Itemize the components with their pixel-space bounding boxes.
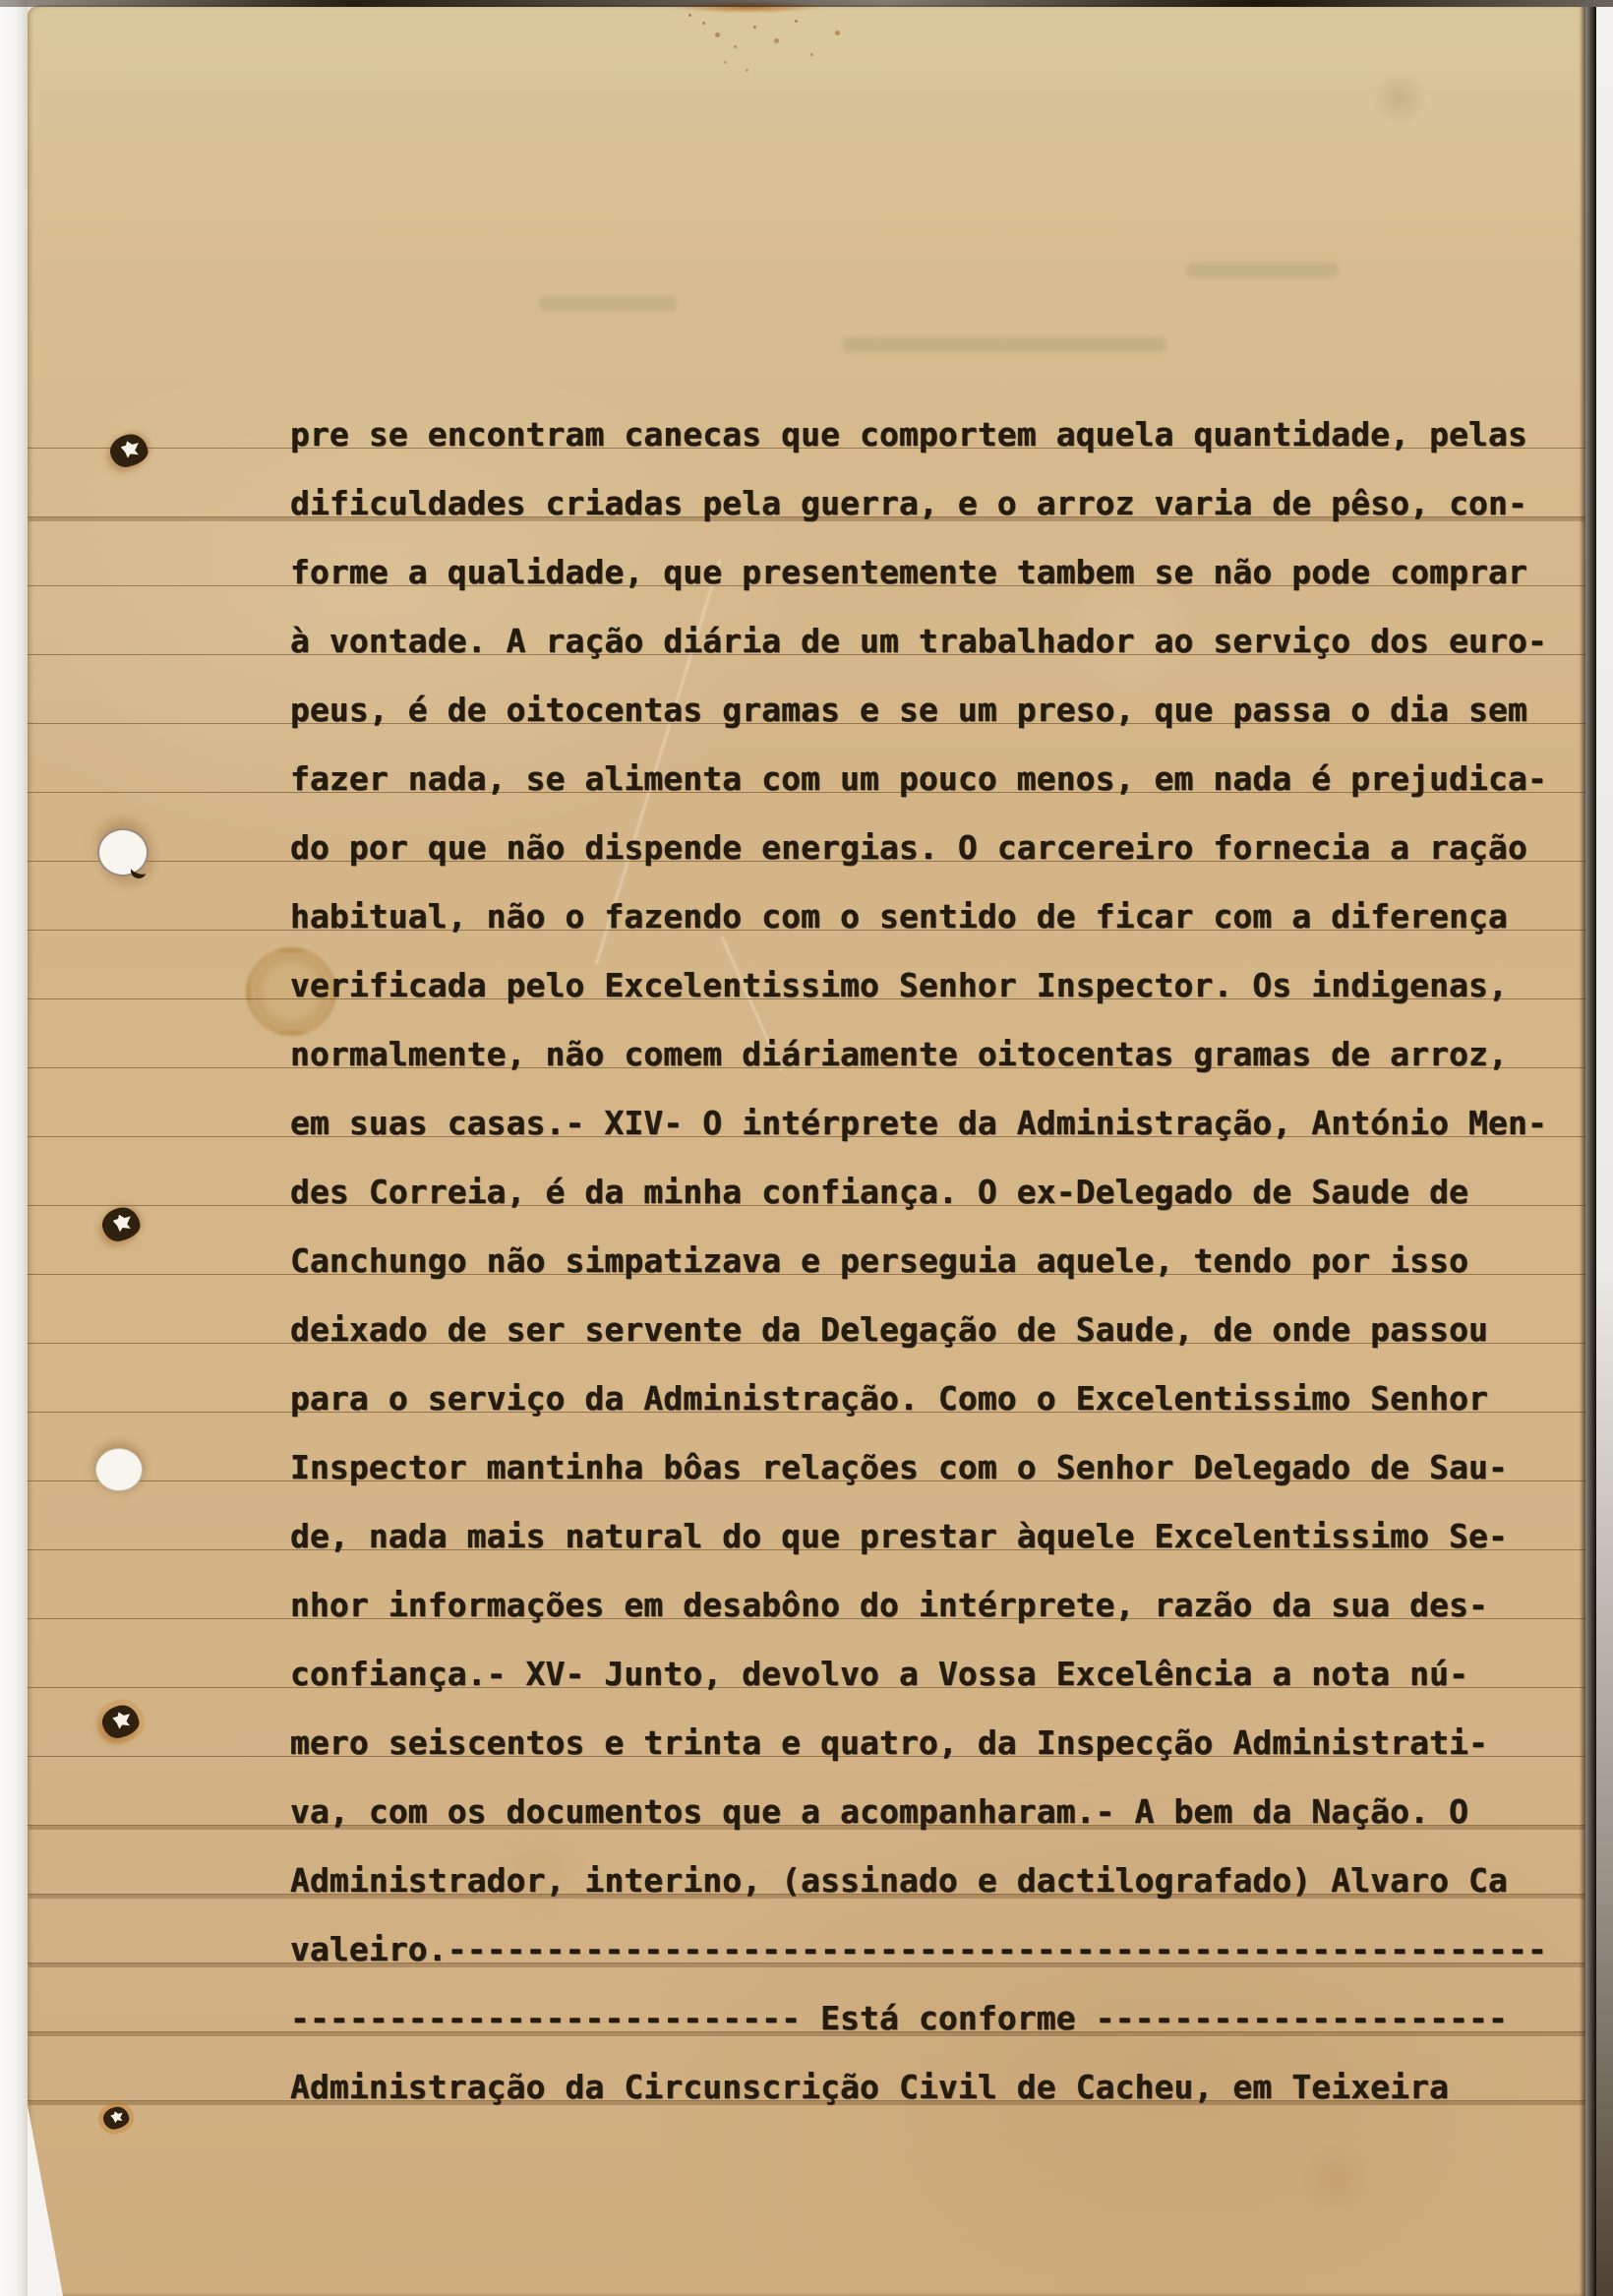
burn-tear-mark: [103, 2107, 129, 2129]
text-line: Canchungo não simpatizava e perseguia aq…: [28, 1206, 1585, 1275]
burn-tear-mark: [102, 1706, 139, 1737]
text-line: em suas casas.- XIV- O intérprete da Adm…: [28, 1068, 1585, 1137]
text-line: normalmente, não comem diáriamente oitoc…: [28, 999, 1585, 1068]
scanned-document-page: pre se encontram canecas que comportem a…: [0, 0, 1613, 2296]
text-line: -------------------------- Está conforme…: [28, 1964, 1585, 2032]
text-line: valeiro.--------------------------------…: [28, 1895, 1585, 1964]
text-line: forme a qualidade, que presentemente tam…: [28, 517, 1585, 586]
text-line: pre se encontram canecas que comportem a…: [28, 380, 1585, 449]
verso-showthrough: [1186, 263, 1339, 277]
text-line: Administrador, interino, (assinado e dac…: [28, 1826, 1585, 1895]
scan-top-edge: [0, 0, 1613, 7]
text-line: dificuldades criadas pela guerra, e o ar…: [28, 449, 1585, 517]
text-line: Inspector mantinha bôas relações com o S…: [28, 1413, 1585, 1481]
verso-showthrough: [539, 296, 677, 311]
text-line: va, com os documentos que a acompanharam…: [28, 1757, 1585, 1826]
text-line: Administração da Circunscrição Civil de …: [28, 2032, 1585, 2101]
text-line: des Correia, é da minha confiança. O ex-…: [28, 1137, 1585, 1206]
text-line: para o serviço da Administração. Como o …: [28, 1344, 1585, 1413]
paper-right-edge-shadow: [1580, 0, 1596, 2296]
scanner-background-right: [1595, 0, 1613, 2296]
text-line: peus, é de oitocentas gramas e se um pre…: [28, 655, 1585, 724]
text-line: habitual, não o fazendo com o sentido de…: [28, 862, 1585, 931]
burn-tear-mark: [102, 1208, 140, 1240]
text-line: fazer nada, se alimenta com um pouco men…: [28, 724, 1585, 793]
text-line: confiança.- XV- Junto, devolvo a Vossa E…: [28, 1619, 1585, 1688]
rust-speckles: [688, 14, 691, 17]
text-line: de, nada mais natural do que prestar àqu…: [28, 1481, 1585, 1550]
text-line: nhor informações em desabôno do intérpre…: [28, 1550, 1585, 1619]
punch-hole: [97, 828, 149, 876]
punch-hole: [95, 1448, 143, 1491]
text-line: do por que não dispende energias. O carc…: [28, 793, 1585, 862]
paper-sheet: pre se encontram canecas que comportem a…: [28, 5, 1585, 2296]
text-line: deixado de ser servente da Delegação de …: [28, 1275, 1585, 1344]
scanner-background-left: [0, 0, 28, 2296]
rust-stain: [625, 0, 870, 54]
text-line: à vontade. A ração diária de um trabalha…: [28, 586, 1585, 655]
burn-tear-mark: [110, 435, 148, 466]
verso-showthrough: [842, 337, 1166, 352]
text-line: mero seiscentos e trinta e quatro, da In…: [28, 1688, 1585, 1757]
text-line: verificada pelo Excelentissimo Senhor In…: [28, 931, 1585, 999]
typewritten-text: pre se encontram canecas que comportem a…: [28, 380, 1585, 2101]
